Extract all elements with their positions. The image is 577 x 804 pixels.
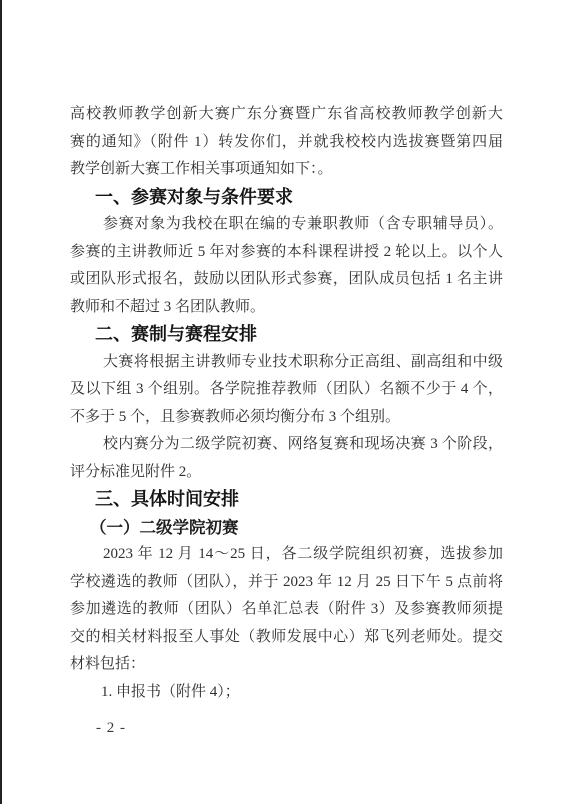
paragraph-line: 大赛将根据主讲教师专业技术职称分正高组、副高组和中级 (70, 349, 503, 377)
paragraph-line: 及以下组 3 个组别。各学院推荐教师（团队）名额不少于 4 个， (70, 376, 503, 404)
paragraph-line: 或团队形式报名，鼓励以团队形式参赛，团队成员包括 1 名主讲 (70, 266, 503, 294)
heading-competition-format: 二、赛制与赛程安排 (70, 321, 503, 349)
list-item-application-form: 1. 申报书（附件 4）； (70, 679, 503, 707)
page-left-edge-line (0, 0, 2, 804)
paragraph-line: 教学创新大赛工作相关事项通知如下：。 (70, 156, 503, 184)
paragraph-line: 参赛对象为我校在职在编的专兼职教师（含专职辅导员）。 (70, 211, 503, 239)
heading-schedule: 三、具体时间安排 (70, 486, 503, 514)
paragraph-line: 教师和不超过 3 名团队教师。 (70, 294, 503, 322)
paragraph-line: 交的相关材料报至人事处（教师发展中心）郑飞列老师处。提交 (70, 624, 503, 652)
paragraph-line: 高校教师教学创新大赛广东分赛暨广东省高校教师教学创新大 (70, 101, 503, 129)
paragraph-line: 赛的通知》（附件 1）转发你们，并就我校校内选拔赛暨第四届 (70, 129, 503, 157)
paragraph-line: 2023 年 12 月 14～25 日，各二级学院组织初赛，选拔参加 (70, 541, 503, 569)
paragraph-line: 材料包括： (70, 651, 503, 679)
document-page: 高校教师教学创新大赛广东分赛暨广东省高校教师教学创新大 赛的通知》（附件 1）转… (0, 0, 577, 804)
paragraph-line: 校内赛分为二级学院初赛、网络复赛和现场决赛 3 个阶段， (70, 431, 503, 459)
paragraph-line: 参加遴选的教师（团队）名单汇总表（附件 3）及参赛教师须提 (70, 596, 503, 624)
paragraph-line: 不多于 5 个，且参赛教师必须均衡分布 3 个组别。 (70, 404, 503, 432)
document-text-block: 高校教师教学创新大赛广东分赛暨广东省高校教师教学创新大 赛的通知》（附件 1）转… (70, 101, 503, 706)
heading-participants-requirements: 一、参赛对象与条件要求 (70, 184, 503, 212)
paragraph-line: 参赛的主讲教师近 5 年对参赛的本科课程讲授 2 轮以上。以个人 (70, 239, 503, 267)
paragraph-line: 学校遴选的教师（团队），并于 2023 年 12 月 25 日下午 5 点前将 (70, 569, 503, 597)
page-number: - 2 - (96, 718, 126, 738)
paragraph-line: 评分标准见附件 2。 (70, 459, 503, 487)
subheading-college-preliminary: （一）二级学院初赛 (70, 514, 503, 542)
